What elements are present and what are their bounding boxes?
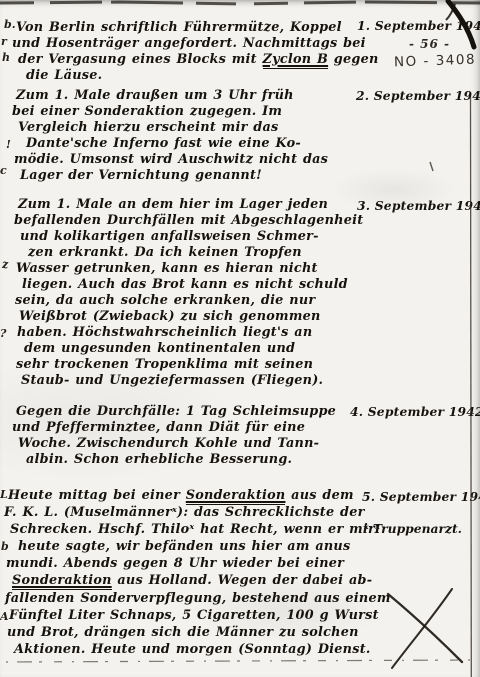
handwriting-line: der Vergasung eines Blocks mit Zyclon B …: [18, 52, 379, 68]
handwriting-line: Aktionen. Heute und morgen (Sonntag) Die…: [14, 641, 391, 658]
handwriting-line: fallenden Sonderverpflegung, bestehend a…: [5, 590, 391, 607]
line-text: und Brot, drängen sich die Männer zu sol…: [7, 625, 359, 640]
line-text: Staub- und Ungeziefermassen (Fliegen).: [21, 373, 323, 388]
handwriting-line: bei einer Sonderaktion zugegen. Im: [12, 104, 328, 120]
line-text: Dante'sche Inferno fast wie eine Ko-: [26, 136, 301, 151]
line-text: Vergleich hierzu erscheint mir das: [18, 120, 278, 135]
line-text: Zum 1. Male draußen um 3 Uhr früh: [16, 88, 294, 103]
line-text: Zum 1. Male an dem hier im Lager jeden: [18, 197, 328, 212]
handwriting-line: mödie. Umsonst wird Auschwitz nicht das: [14, 152, 328, 168]
handwriting-line: haben. Höchstwahrscheinlich liegt's an: [17, 325, 363, 341]
line-text: sehr trockenen Tropenklima mit seinen: [16, 357, 313, 372]
handwriting-line: sehr trockenen Tropenklima mit seinen: [16, 357, 363, 373]
handwriting-line: zen erkrankt. Da ich keinen Tropfen: [28, 245, 363, 261]
line-text: mödie. Umsonst wird Auschwitz nicht das: [14, 152, 328, 167]
x-cross-mark: [388, 594, 462, 662]
handwriting-line: Schrecken. Hschf. Thiloˣ hat Recht, wenn…: [10, 521, 391, 538]
diary-entry: Von Berlin schriftlich Führermütze, Kopp…: [16, 20, 379, 84]
entry-date: 5. September 1942: [362, 489, 480, 504]
handwriting-line: Gegen die Durchfälle: 1 Tag Schleimsuppe: [16, 404, 336, 420]
handwriting-line: heute sagte, wir befänden uns hier am an…: [18, 538, 391, 555]
line-text: F. K. L. (Muselmännerˣ): das Schrecklich…: [4, 505, 365, 520]
stray-margin-mark: z: [2, 258, 8, 271]
handwriting-line: F. K. L. (Muselmännerˣ): das Schrecklich…: [4, 504, 391, 521]
handwriting-line: befallenden Durchfällen mit Abgeschlagen…: [14, 213, 363, 229]
stray-margin-mark: r: [1, 35, 7, 48]
scanned-diary-page: Von Berlin schriftlich Führermütze, Kopp…: [0, 0, 480, 677]
handwriting-line: sein, da auch solche erkranken, die nur: [15, 293, 363, 309]
entry-date: 4. September 1942: [350, 404, 480, 419]
scan-top-edge-artifact: [0, 2, 480, 4]
line-text: haben. Höchstwahrscheinlich liegt's an: [17, 325, 312, 340]
handwriting-line: die Läuse.: [26, 68, 379, 84]
handwriting-line: Woche. Zwischendurch Kohle und Tann-: [18, 436, 336, 452]
line-text: albin. Schon erhebliche Besserung.: [26, 452, 292, 467]
small-stray-mark: [430, 162, 433, 171]
line-text: fallenden Sonderverpflegung, bestehend a…: [5, 591, 391, 606]
handwriting-line: und Pfefferminztee, dann Diät für eine: [12, 420, 336, 436]
handwriting-line: Von Berlin schriftlich Führermütze, Kopp…: [16, 20, 379, 36]
line-text: liegen. Auch das Brot kann es nicht schu…: [22, 277, 348, 292]
line-text: befallenden Durchfällen mit Abgeschlagen…: [14, 213, 363, 228]
handwriting-line: und kolikartigen anfallsweisen Schmer-: [20, 229, 363, 245]
line-text: Von Berlin schriftlich Führermütze, Kopp…: [16, 20, 342, 35]
handwriting-line: Fünftel Liter Schnaps, 5 Cigaretten, 100…: [9, 607, 391, 624]
entry-date: 1. September 1942: [357, 18, 480, 33]
underlined-phrase: Sonderaktion: [12, 573, 112, 590]
handwriting-line: albin. Schon erhebliche Besserung.: [26, 452, 336, 468]
line-text: zen erkrankt. Da ich keinen Tropfen: [28, 245, 302, 260]
underlined-phrase: Sonderaktion: [186, 488, 286, 505]
handwriting-line: Sonderaktion aus Holland. Wegen der dabe…: [12, 572, 391, 589]
handwriting-line: dem ungesunden kontinentalen und: [24, 341, 363, 357]
diary-entry: Zum 1. Male draußen um 3 Uhr frühbei ein…: [16, 88, 328, 185]
handwriting-line: Vergleich hierzu erscheint mir das: [18, 120, 328, 136]
line-text: heute sagte, wir befänden uns hier am an…: [18, 539, 350, 554]
line-text: Wasser getrunken, kann es hieran nicht: [16, 261, 318, 276]
line-text: dem ungesunden kontinentalen und: [24, 341, 295, 356]
stray-margin-mark: ?: [0, 327, 6, 340]
underlined-phrase: Zyclon B: [263, 52, 329, 69]
line-text: aus dem: [285, 488, 353, 503]
line-text: aus Holland. Wegen der dabei ab-: [112, 573, 373, 588]
handwriting-line: Wasser getrunken, kann es hieran nicht: [16, 261, 363, 277]
line-text: und Pfefferminztee, dann Diät für eine: [12, 420, 305, 435]
line-text: gegen: [328, 52, 378, 67]
stray-margin-mark: b.: [4, 18, 16, 31]
handwriting-line: und Brot, drängen sich die Männer zu sol…: [7, 624, 391, 641]
handwriting-line: Heute mittag bei einer Sonderaktion aus …: [8, 487, 391, 504]
stray-margin-mark: h: [2, 51, 10, 64]
right-edge-line-artifact: [471, 96, 472, 677]
line-text: Fünftel Liter Schnaps, 5 Cigaretten, 100…: [9, 608, 379, 623]
line-text: die Läuse.: [26, 68, 102, 83]
handwriting-line: Dante'sche Inferno fast wie eine Ko-: [26, 136, 328, 152]
page-number: - 56 -: [409, 37, 450, 51]
handwriting-line: mundi. Abends gegen 8 Uhr wieder bei ein…: [6, 555, 391, 572]
stray-margin-mark: L: [0, 488, 8, 501]
line-text: Woche. Zwischendurch Kohle und Tann-: [18, 436, 319, 451]
stray-margin-mark: !: [6, 138, 11, 151]
handwriting-line: Weißbrot (Zwieback) zu sich genommen: [19, 309, 363, 325]
x-cross-mark: [392, 589, 452, 668]
handwriting-line: Zum 1. Male an dem hier im Lager jeden: [18, 197, 363, 213]
handwriting-line: Lager der Vernichtung genannt!: [20, 168, 328, 184]
line-text: Gegen die Durchfälle: 1 Tag Schleimsuppe: [16, 404, 336, 419]
handwriting-line: liegen. Auch das Brot kann es nicht schu…: [22, 277, 363, 293]
diary-entry: Zum 1. Male an dem hier im Lager jedenbe…: [18, 197, 363, 389]
stray-margin-mark: c: [0, 164, 7, 177]
stray-margin-mark: b: [1, 540, 9, 553]
line-text: und Hosenträger angefordert. Nachmittags…: [12, 36, 366, 51]
diary-entry: Heute mittag bei einer Sonderaktion aus …: [8, 487, 391, 658]
document-number: NO - 3408: [394, 52, 477, 71]
line-text: Aktionen. Heute und morgen (Sonntag) Die…: [14, 642, 371, 657]
diary-entry: Gegen die Durchfälle: 1 Tag Schleimsuppe…: [16, 404, 336, 468]
margin-note: ˣ Truppenarzt.: [364, 521, 462, 536]
line-text: Schrecken. Hschf. Thiloˣ hat Recht, wenn…: [10, 522, 380, 537]
stray-margin-mark: A: [0, 610, 9, 623]
line-text: mundi. Abends gegen 8 Uhr wieder bei ein…: [6, 556, 344, 571]
line-text: sein, da auch solche erkranken, die nur: [15, 293, 315, 308]
handwriting-line: Staub- und Ungeziefermassen (Fliegen).: [21, 373, 363, 389]
line-text: bei einer Sonderaktion zugegen. Im: [12, 104, 282, 119]
handwriting-line: und Hosenträger angefordert. Nachmittags…: [12, 36, 379, 52]
handwriting-line: Zum 1. Male draußen um 3 Uhr früh: [16, 88, 328, 104]
entry-date: 2. September 1942: [356, 88, 480, 103]
line-text: der Vergasung eines Blocks mit: [18, 52, 263, 67]
bottom-edge-dashed-line: [6, 660, 474, 662]
line-text: und kolikartigen anfallsweisen Schmer-: [20, 229, 319, 244]
line-text: Lager der Vernichtung genannt!: [20, 168, 262, 183]
line-text: Weißbrot (Zwieback) zu sich genommen: [19, 309, 321, 324]
entry-date: 3. September 1942: [357, 198, 480, 213]
line-text: Heute mittag bei einer: [8, 488, 186, 503]
